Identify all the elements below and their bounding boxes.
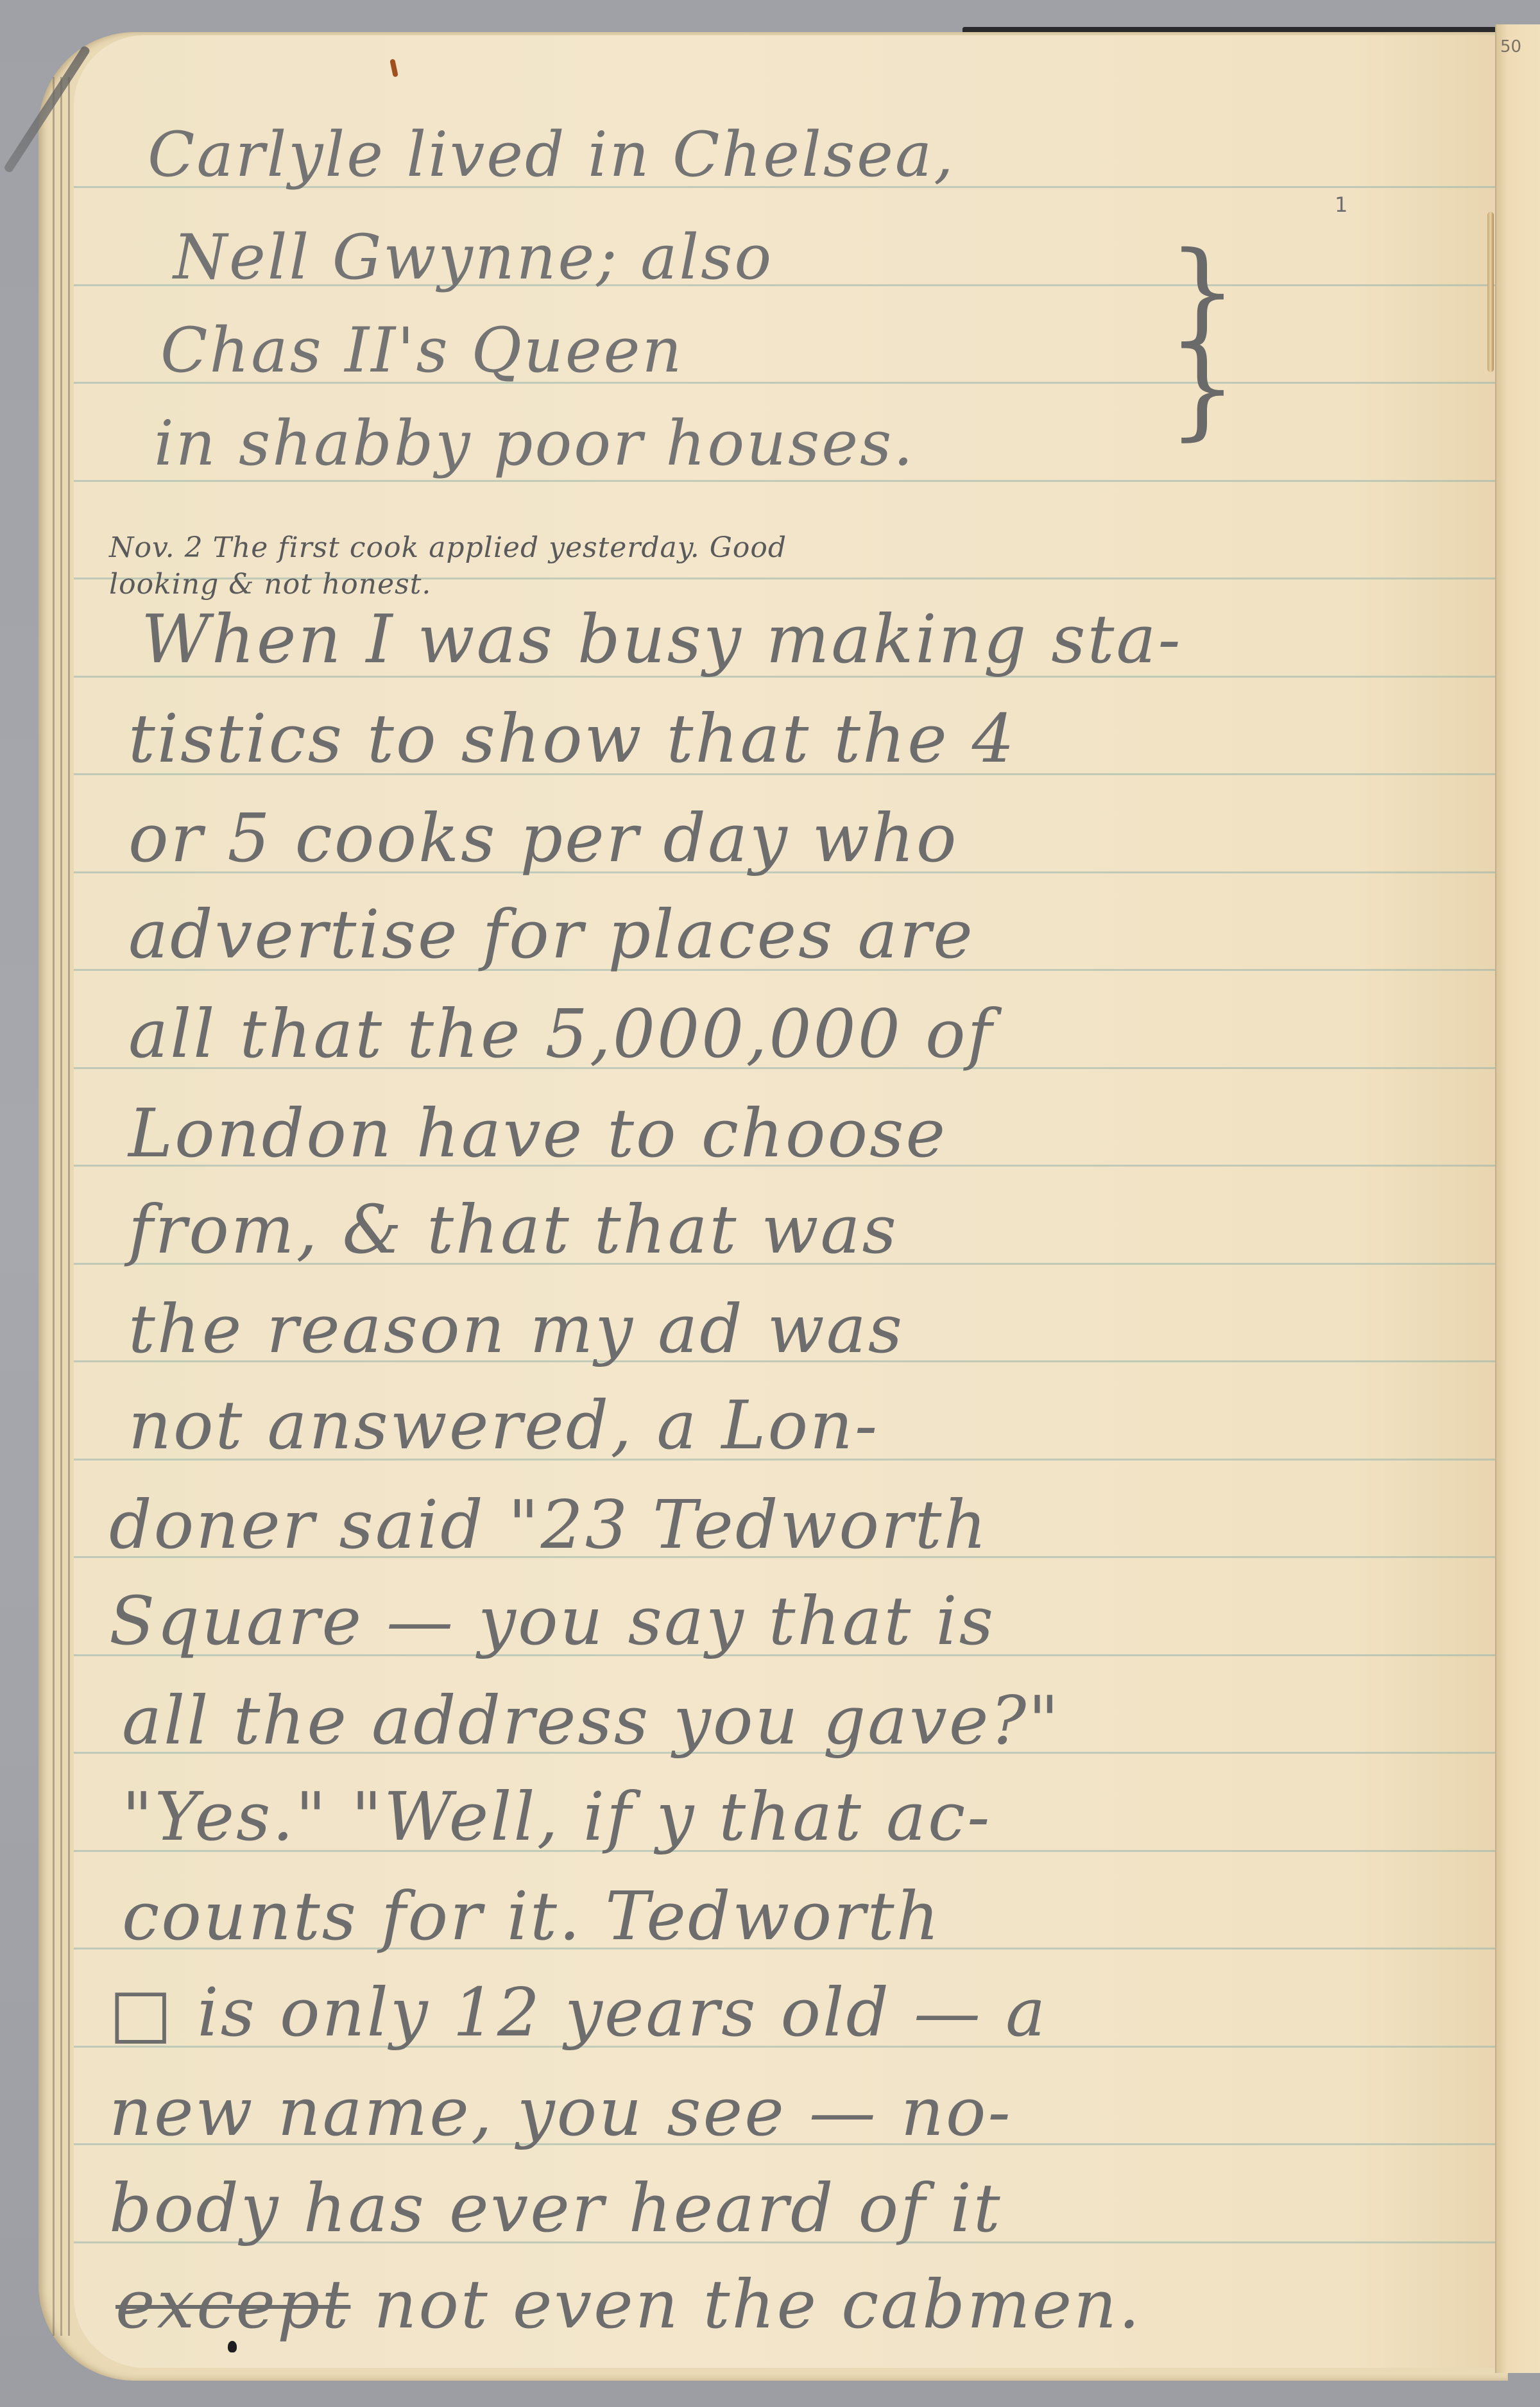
main-line-8: the reason my ad was xyxy=(128,1290,904,1368)
page-edge-line xyxy=(68,77,70,2336)
ink-dot xyxy=(228,2341,237,2352)
main-line-13: "Yes." "Well, if y that ac- xyxy=(122,1777,991,1856)
page-edge-line xyxy=(53,77,55,2336)
struck-word: except xyxy=(116,2265,350,2343)
facing-page-number: 50 xyxy=(1500,37,1521,56)
main-line-7: from, & that that was xyxy=(128,1190,898,1269)
main-line-10: doner said "23 Tedworth xyxy=(109,1486,989,1564)
dated-note-line-2: looking & not honest. xyxy=(109,568,431,601)
main-line-17: body has ever heard of it xyxy=(109,2169,1002,2247)
margin-tick: 1 xyxy=(1335,193,1347,217)
main-line-16: new name, you see — no- xyxy=(109,2073,1013,2151)
final-line: except not even the cabmen. xyxy=(116,2265,1142,2343)
final-line-rest: not even the cabmen. xyxy=(350,2265,1142,2343)
main-line-9: not answered, a Lon- xyxy=(128,1386,879,1464)
main-line-5: all that the 5,000,000 of xyxy=(128,995,994,1073)
dated-note-line-1: Nov. 2 The first cook applied yesterday.… xyxy=(109,531,787,564)
ruled-line xyxy=(74,480,1495,482)
note-line-4: in shabby poor houses. xyxy=(154,407,915,479)
main-line-12: all the address you gave?" xyxy=(122,1681,1061,1760)
main-line-15: □ is only 12 years old — a xyxy=(109,1973,1047,2052)
main-line-2: tistics to show that the 4 xyxy=(128,699,1016,778)
main-line-1: When I was busy making sta- xyxy=(141,600,1183,678)
main-line-3: or 5 cooks per day who xyxy=(128,799,958,877)
main-line-6: London have to choose xyxy=(128,1094,947,1172)
main-line-11: Square — you say that is xyxy=(109,1582,995,1660)
binding-thread xyxy=(1487,212,1494,372)
spine-gutter xyxy=(1495,24,1540,2373)
note-line-2: Nell Gwynne; also xyxy=(173,221,773,293)
main-line-14: counts for it. Tedworth xyxy=(122,1877,941,1955)
note-line-1: Carlyle lived in Chelsea, xyxy=(148,119,955,191)
main-line-4: advertise for places are xyxy=(128,895,975,973)
note-line-3: Chas II's Queen xyxy=(160,314,683,386)
page-edge-line xyxy=(60,77,62,2336)
grouping-brace: } xyxy=(1168,334,1237,443)
